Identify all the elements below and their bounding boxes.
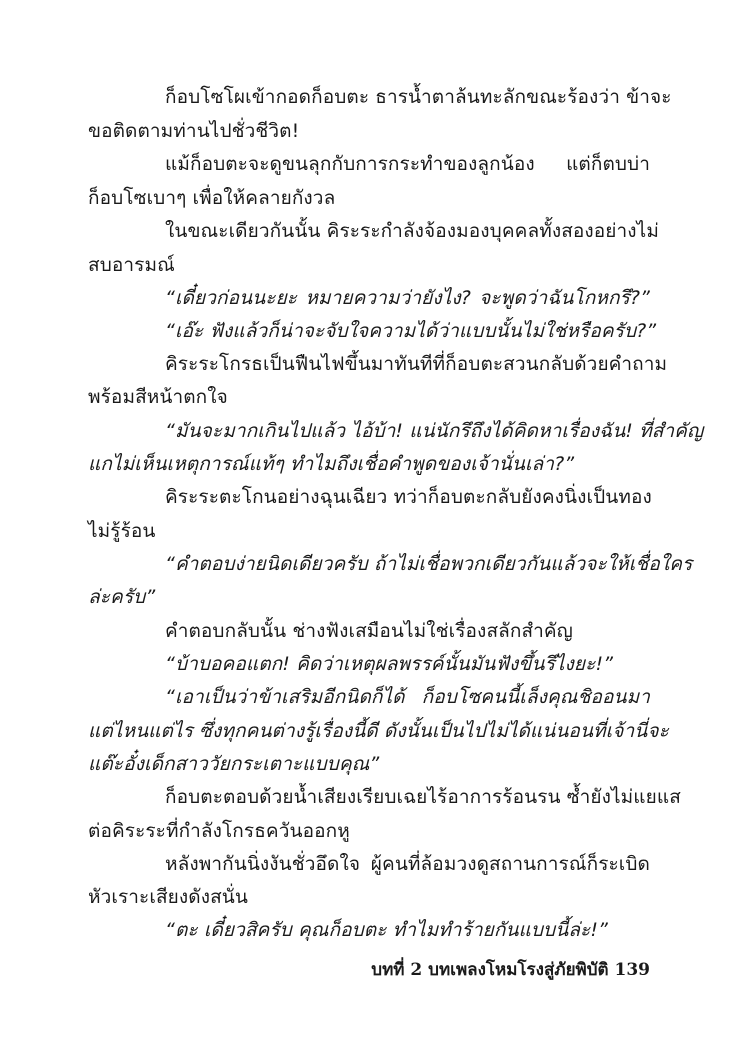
dialogue-line: “ตะ เดี๋ยวสิครับ คุณก็อบตะ ทำไมทำร้ายกัน… bbox=[165, 917, 650, 943]
text-line: ต่อคิระระที่กำลังโกรธควันออกหู bbox=[88, 818, 650, 844]
dialogue-line: ล่ะครับ” bbox=[88, 584, 650, 610]
text-line: ก็อบโซเบาๆ เพื่อให้คลายกังวล bbox=[88, 185, 650, 211]
dialogue-line: “เดี๋ยวก่อนนะยะ หมายความว่ายังไง? จะพูดว… bbox=[165, 285, 650, 311]
dialogue-line: “เอ๊ะ ฟังแล้วก็น่าจะจับใจความได้ว่าแบบนั… bbox=[165, 318, 650, 344]
dialogue-line: แต่ไหนแต่ไร ซึ่งทุกคนต่างรู้เรื่องนี้ดี … bbox=[88, 718, 650, 744]
dialogue-line: “บ้าบอคอแตก! คิดว่าเหตุผลพรรค์นั้นมันฟัง… bbox=[165, 651, 650, 677]
text-line: พร้อมสีหน้าตกใจ bbox=[88, 384, 650, 410]
dialogue-line: “คำตอบง่ายนิดเดียวครับ ถ้าไม่เชื่อพวกเดี… bbox=[165, 551, 650, 577]
page-number: 139 bbox=[615, 960, 651, 980]
dialogue-line: แกไม่เห็นเหตุการณ์แท้ๆ ทำไมถึงเชื่อคำพูด… bbox=[88, 451, 650, 477]
chapter-title: บทที่ 2 บทเพลงโหมโรงสู่ภัยพิบัติ bbox=[371, 960, 608, 980]
text-line: คิระระตะโกนอย่างฉุนเฉียว ทว่าก็อบตะกลับย… bbox=[165, 484, 650, 510]
page-footer: บทที่ 2 บทเพลงโหมโรงสู่ภัยพิบัติ 139 bbox=[371, 958, 650, 982]
dialogue-line: “มันจะมากเกินไปแล้ว ไอ้บ้า! แน่นักรึถึงไ… bbox=[165, 418, 650, 444]
text-line: ก็อบโซโผเข้ากอดก็อบตะ ธารน้ำตาล้นทะลักขณ… bbox=[165, 84, 650, 110]
book-page: ก็อบโซโผเข้ากอดก็อบตะ ธารน้ำตาล้นทะลักขณ… bbox=[0, 0, 738, 1051]
dialogue-line: “เอาเป็นว่าข้าเสริมอีกนิดก็ได้ ก็อบโซคนน… bbox=[165, 684, 650, 710]
text-line: ไม่รู้ร้อน bbox=[88, 518, 650, 544]
text-line: แม้ก็อบตะจะดูขนลุกกับการกระทำของลูกน้อง … bbox=[165, 151, 650, 177]
text-line: หลังพากันนิ่งงันชั่วอึดใจ ผู้คนที่ล้อมวง… bbox=[165, 851, 650, 877]
text-line: หัวเราะเสียงดังสนั่น bbox=[88, 884, 650, 910]
text-line: ในขณะเดียวกันนั้น คิระระกำลังจ้องมองบุคค… bbox=[165, 218, 650, 244]
text-line: คำตอบกลับนั้น ช่างฟังเสมือนไม่ใช่เรื่องส… bbox=[165, 618, 650, 644]
text-line: คิระระโกรธเป็นฟืนไฟขึ้นมาทันทีที่ก็อบตะส… bbox=[165, 351, 650, 377]
dialogue-line: แต๊ะอั๋งเด็กสาววัยกระเตาะแบบคุณ” bbox=[88, 751, 650, 777]
text-line: สบอารมณ์ bbox=[88, 252, 650, 278]
text-line: ขอติดตามท่านไปชั่วชีวิต! bbox=[88, 118, 650, 144]
text-line: ก็อบตะตอบด้วยน้ำเสียงเรียบเฉยไร้อาการร้อ… bbox=[165, 784, 650, 810]
